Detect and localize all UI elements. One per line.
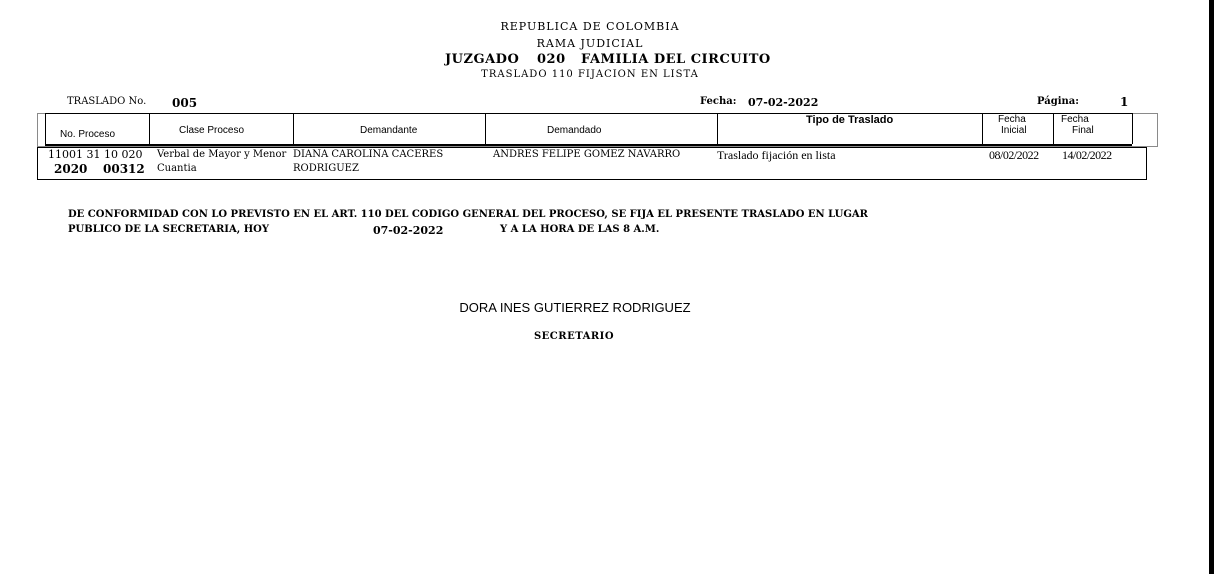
notice-line2-suffix: Y A LA HORA DE LAS 8 A.M. [500,224,659,235]
signature-title: SECRETARIO [0,331,1148,342]
pagina-label: Página: [1037,96,1079,107]
notice-line2-prefix: PUBLICO DE LA SECRETARIA, HOY [68,224,269,235]
row-fecha-final: 14/02/2022 [1062,148,1112,163]
fecha-value: 07-02-2022 [748,96,818,109]
row-clase-line1: Verbal de Mayor y Menor [157,149,286,160]
traslado-number: 005 [172,96,197,110]
th-fecha-final-2: Final [1072,125,1094,136]
header-juzgado-number: 020 [537,52,566,67]
pagina-value: 1 [1120,95,1128,109]
row-proceso-number: 00312 [103,162,145,176]
th-no-proceso: No. Proceso [60,129,115,140]
th-fecha-inicial-1: Fecha [998,114,1026,125]
header-juzgado-label: JUZGADO [445,52,519,67]
th-tipo-traslado: Tipo de Traslado [806,114,893,126]
row-demandante-line1: DIANA CAROLINA CACERES [293,149,443,160]
th-fecha-final-1: Fecha [1061,114,1089,125]
signature-name: DORA INES GUTIERREZ RODRIGUEZ [0,300,1150,315]
row-fecha-inicial: 08/02/2022 [989,148,1039,163]
row-tipo-traslado: Traslado fijación en lista [717,148,836,163]
col-demandado [485,113,718,144]
th-demandado: Demandado [547,125,601,136]
row-proceso-code: 11001 31 10 020 [48,148,142,161]
row-clase-line2: Cuantia [157,163,197,174]
th-fecha-inicial-2: Inicial [1001,125,1027,136]
row-demandante-line2: RODRIGUEZ [293,163,359,174]
header-branch: RAMA JUDICIAL [0,37,1180,50]
notice-line1: DE CONFORMIDAD CON LO PREVISTO EN EL ART… [68,209,868,220]
traslado-label: TRASLADO No. [67,96,146,107]
row-proceso-year: 2020 [54,162,87,176]
th-clase-proceso: Clase Proceso [179,125,244,136]
header-juzgado-name: FAMILIA DEL CIRCUITO [581,52,771,67]
header-document-type: TRASLADO 110 FIJACION EN LISTA [0,69,1180,80]
window-edge [1209,0,1214,574]
notice-date: 07-02-2022 [373,224,443,237]
fecha-label: Fecha: [700,96,736,107]
th-demandante: Demandante [360,125,417,136]
row-demandado: ANDRES FELIPE GOMEZ NAVARRO [493,149,680,160]
header-country: REPUBLICA DE COLOMBIA [0,20,1180,33]
